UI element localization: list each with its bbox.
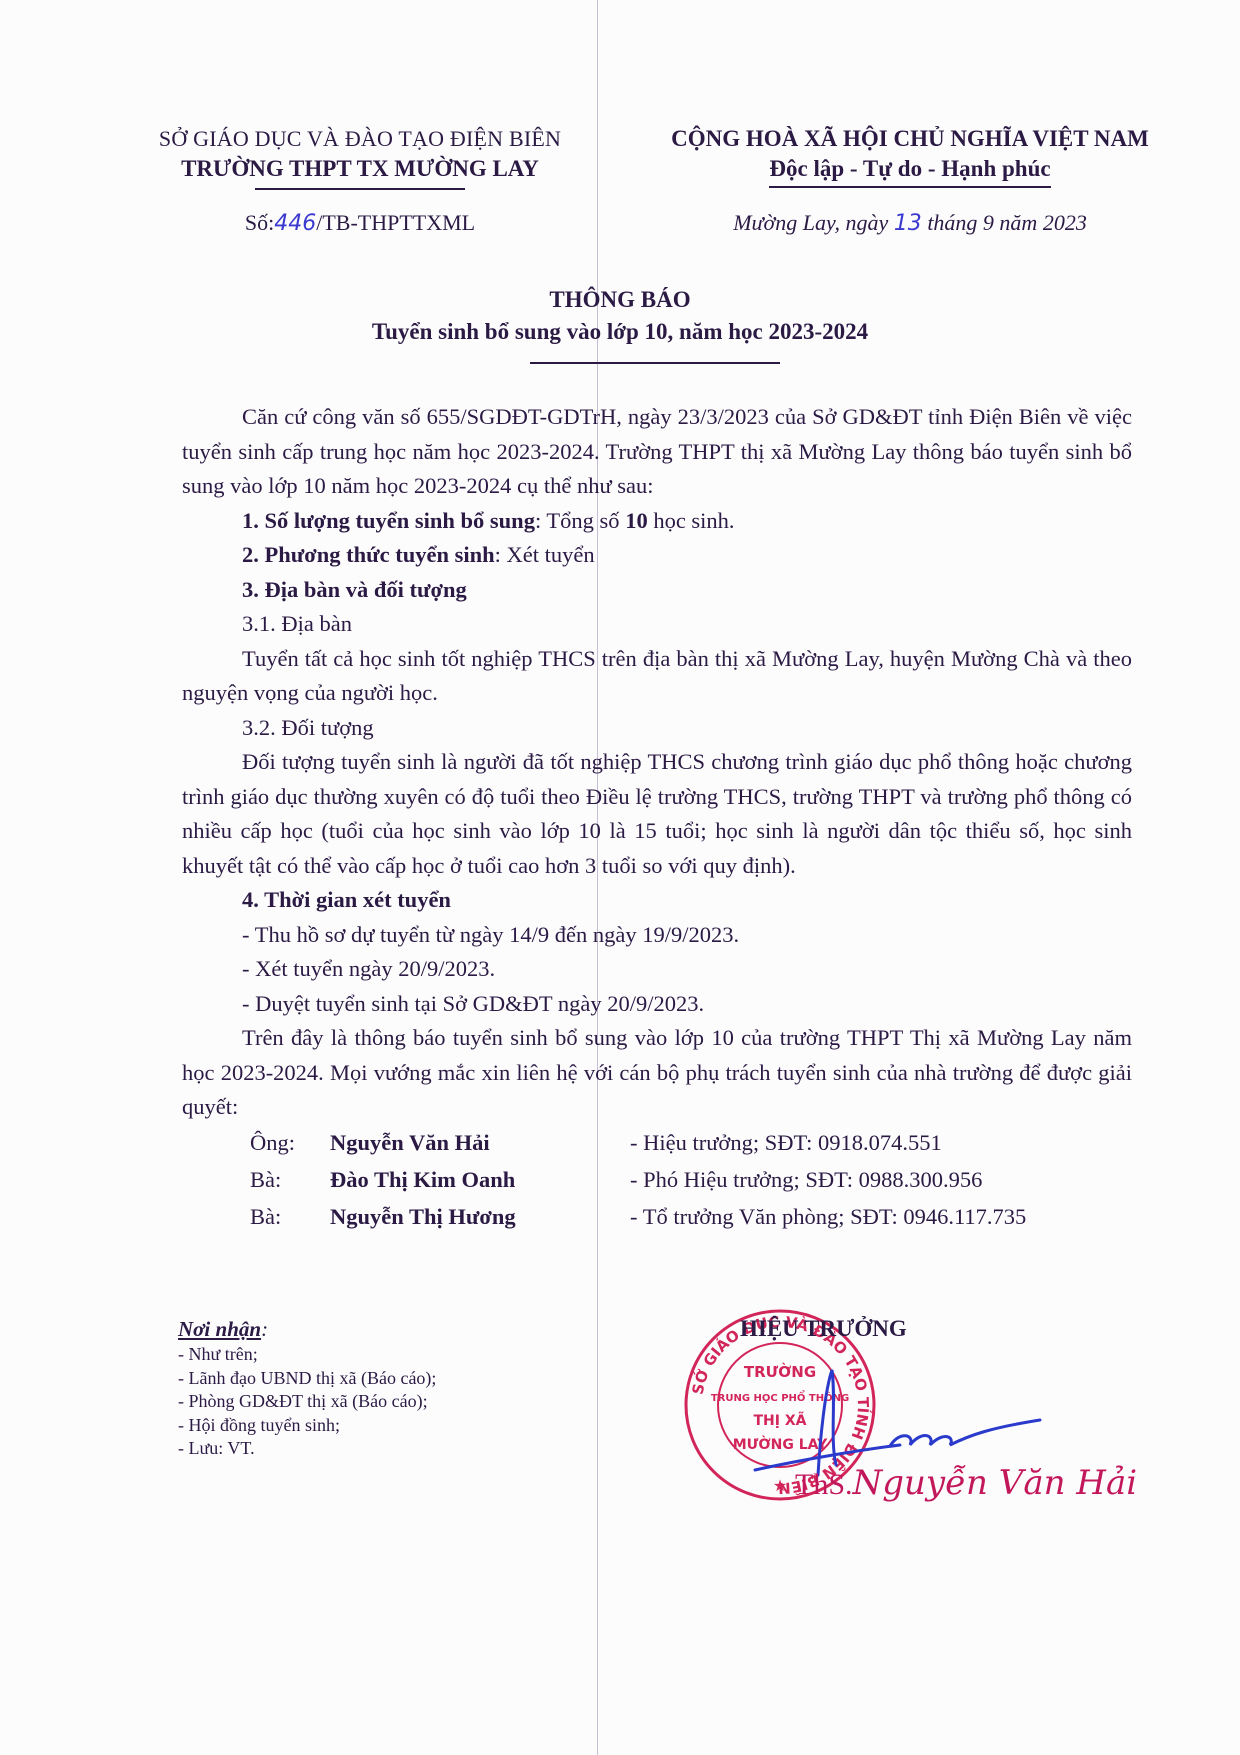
section-3-1-heading: 3.1. Địa bàn	[182, 607, 1132, 642]
national-header: CỘNG HOÀ XÃ HỘI CHỦ NGHĨA VIỆT NAM Độc l…	[640, 124, 1180, 188]
recipients-heading: Nơi nhận:	[178, 1315, 598, 1343]
section-1: 1. Số lượng tuyển sinh bổ sung: Tổng số …	[182, 504, 1132, 539]
recipient-item: - Hội đồng tuyển sinh;	[178, 1414, 598, 1438]
contact-row: Bà: Nguyễn Thị Hương - Tổ trưởng Văn phò…	[182, 1199, 1132, 1236]
recipient-item: - Như trên;	[178, 1343, 598, 1367]
section-3-2-text: Đối tượng tuyển sinh là người đã tốt ngh…	[182, 745, 1132, 883]
closing-paragraph: Trên đây là thông báo tuyển sinh bổ sung…	[182, 1021, 1132, 1125]
issuer-header: SỞ GIÁO DỤC VÀ ĐÀO TẠO ĐIỆN BIÊN TRƯỜNG …	[120, 124, 600, 190]
intro-paragraph: Căn cứ công văn số 655/SGDĐT-GDTrH, ngày…	[182, 400, 1132, 504]
svg-text:★: ★	[773, 1478, 787, 1495]
contact-role: - Tổ trưởng Văn phòng; SĐT: 0946.117.735	[630, 1200, 1132, 1235]
title-subtitle: Tuyển sinh bổ sung vào lớp 10, năm học 2…	[0, 316, 1240, 348]
signer-name: ThS.Nguyễn Văn Hải	[795, 1463, 1137, 1503]
section-3-2-heading: 3.2. Đối tượng	[182, 711, 1132, 746]
contact-role: - Hiệu trưởng; SĐT: 0918.074.551	[630, 1126, 1132, 1161]
contact-name: Nguyễn Văn Hải	[330, 1126, 630, 1161]
section-4-heading: 4. Thời gian xét tuyển	[182, 883, 1132, 918]
section-3-heading: 3. Địa bàn và đối tượng	[182, 573, 1132, 608]
nation-title: CỘNG HOÀ XÃ HỘI CHỦ NGHĨA VIỆT NAM	[640, 124, 1180, 154]
schedule-item: - Xét tuyển ngày 20/9/2023.	[182, 952, 1132, 987]
contact-row: Ông: Nguyễn Văn Hải - Hiệu trưởng; SĐT: …	[182, 1125, 1132, 1162]
schedule-item: - Thu hồ sơ dự tuyển từ ngày 14/9 đến ng…	[182, 918, 1132, 953]
handwritten-day: 13	[894, 211, 922, 236]
section-2: 2. Phương thức tuyển sinh: Xét tuyển	[182, 538, 1132, 573]
recipient-item: - Lưu: VT.	[178, 1437, 598, 1461]
issue-date: Mường Lay, ngày 13 tháng 9 năm 2023	[640, 210, 1180, 236]
schedule-item: - Duyệt tuyển sinh tại Sở GD&ĐT ngày 20/…	[182, 987, 1132, 1022]
contact-list: Ông: Nguyễn Văn Hải - Hiệu trưởng; SĐT: …	[182, 1125, 1132, 1236]
title-main: THÔNG BÁO	[0, 284, 1240, 316]
document-number: Số:446/TB-THPTTXML	[120, 210, 600, 236]
contact-name: Nguyễn Thị Hương	[330, 1200, 630, 1235]
recipient-item: - Phòng GD&ĐT thị xã (Báo cáo);	[178, 1390, 598, 1414]
handwritten-signature-icon	[740, 1350, 1050, 1480]
admission-quota: 10	[625, 508, 648, 533]
signer-position: HIỆU TRƯỞNG	[740, 1316, 907, 1342]
agency-name: SỞ GIÁO DỤC VÀ ĐÀO TẠO ĐIỆN BIÊN	[120, 124, 600, 154]
national-motto: Độc lập - Tự do - Hạnh phúc	[769, 154, 1050, 188]
recipient-item: - Lãnh đạo UBND thị xã (Báo cáo);	[178, 1367, 598, 1391]
title-underline	[530, 362, 780, 364]
document-body: Căn cứ công văn số 655/SGDĐT-GDTrH, ngày…	[182, 400, 1132, 1236]
section-3-1-text: Tuyển tất cả học sinh tốt nghiệp THCS tr…	[182, 642, 1132, 711]
contact-row: Bà: Đào Thị Kim Oanh - Phó Hiệu trưởng; …	[182, 1162, 1132, 1199]
school-underline	[255, 188, 465, 190]
document-title: THÔNG BÁO Tuyển sinh bổ sung vào lớp 10,…	[0, 284, 1240, 348]
school-name: TRƯỜNG THPT TX MƯỜNG LAY	[120, 154, 600, 184]
recipients-block: Nơi nhận: - Như trên; - Lãnh đạo UBND th…	[178, 1315, 598, 1461]
contact-role: - Phó Hiệu trưởng; SĐT: 0988.300.956	[630, 1163, 1132, 1198]
handwritten-number: 446	[274, 211, 316, 236]
contact-name: Đào Thị Kim Oanh	[330, 1163, 630, 1198]
